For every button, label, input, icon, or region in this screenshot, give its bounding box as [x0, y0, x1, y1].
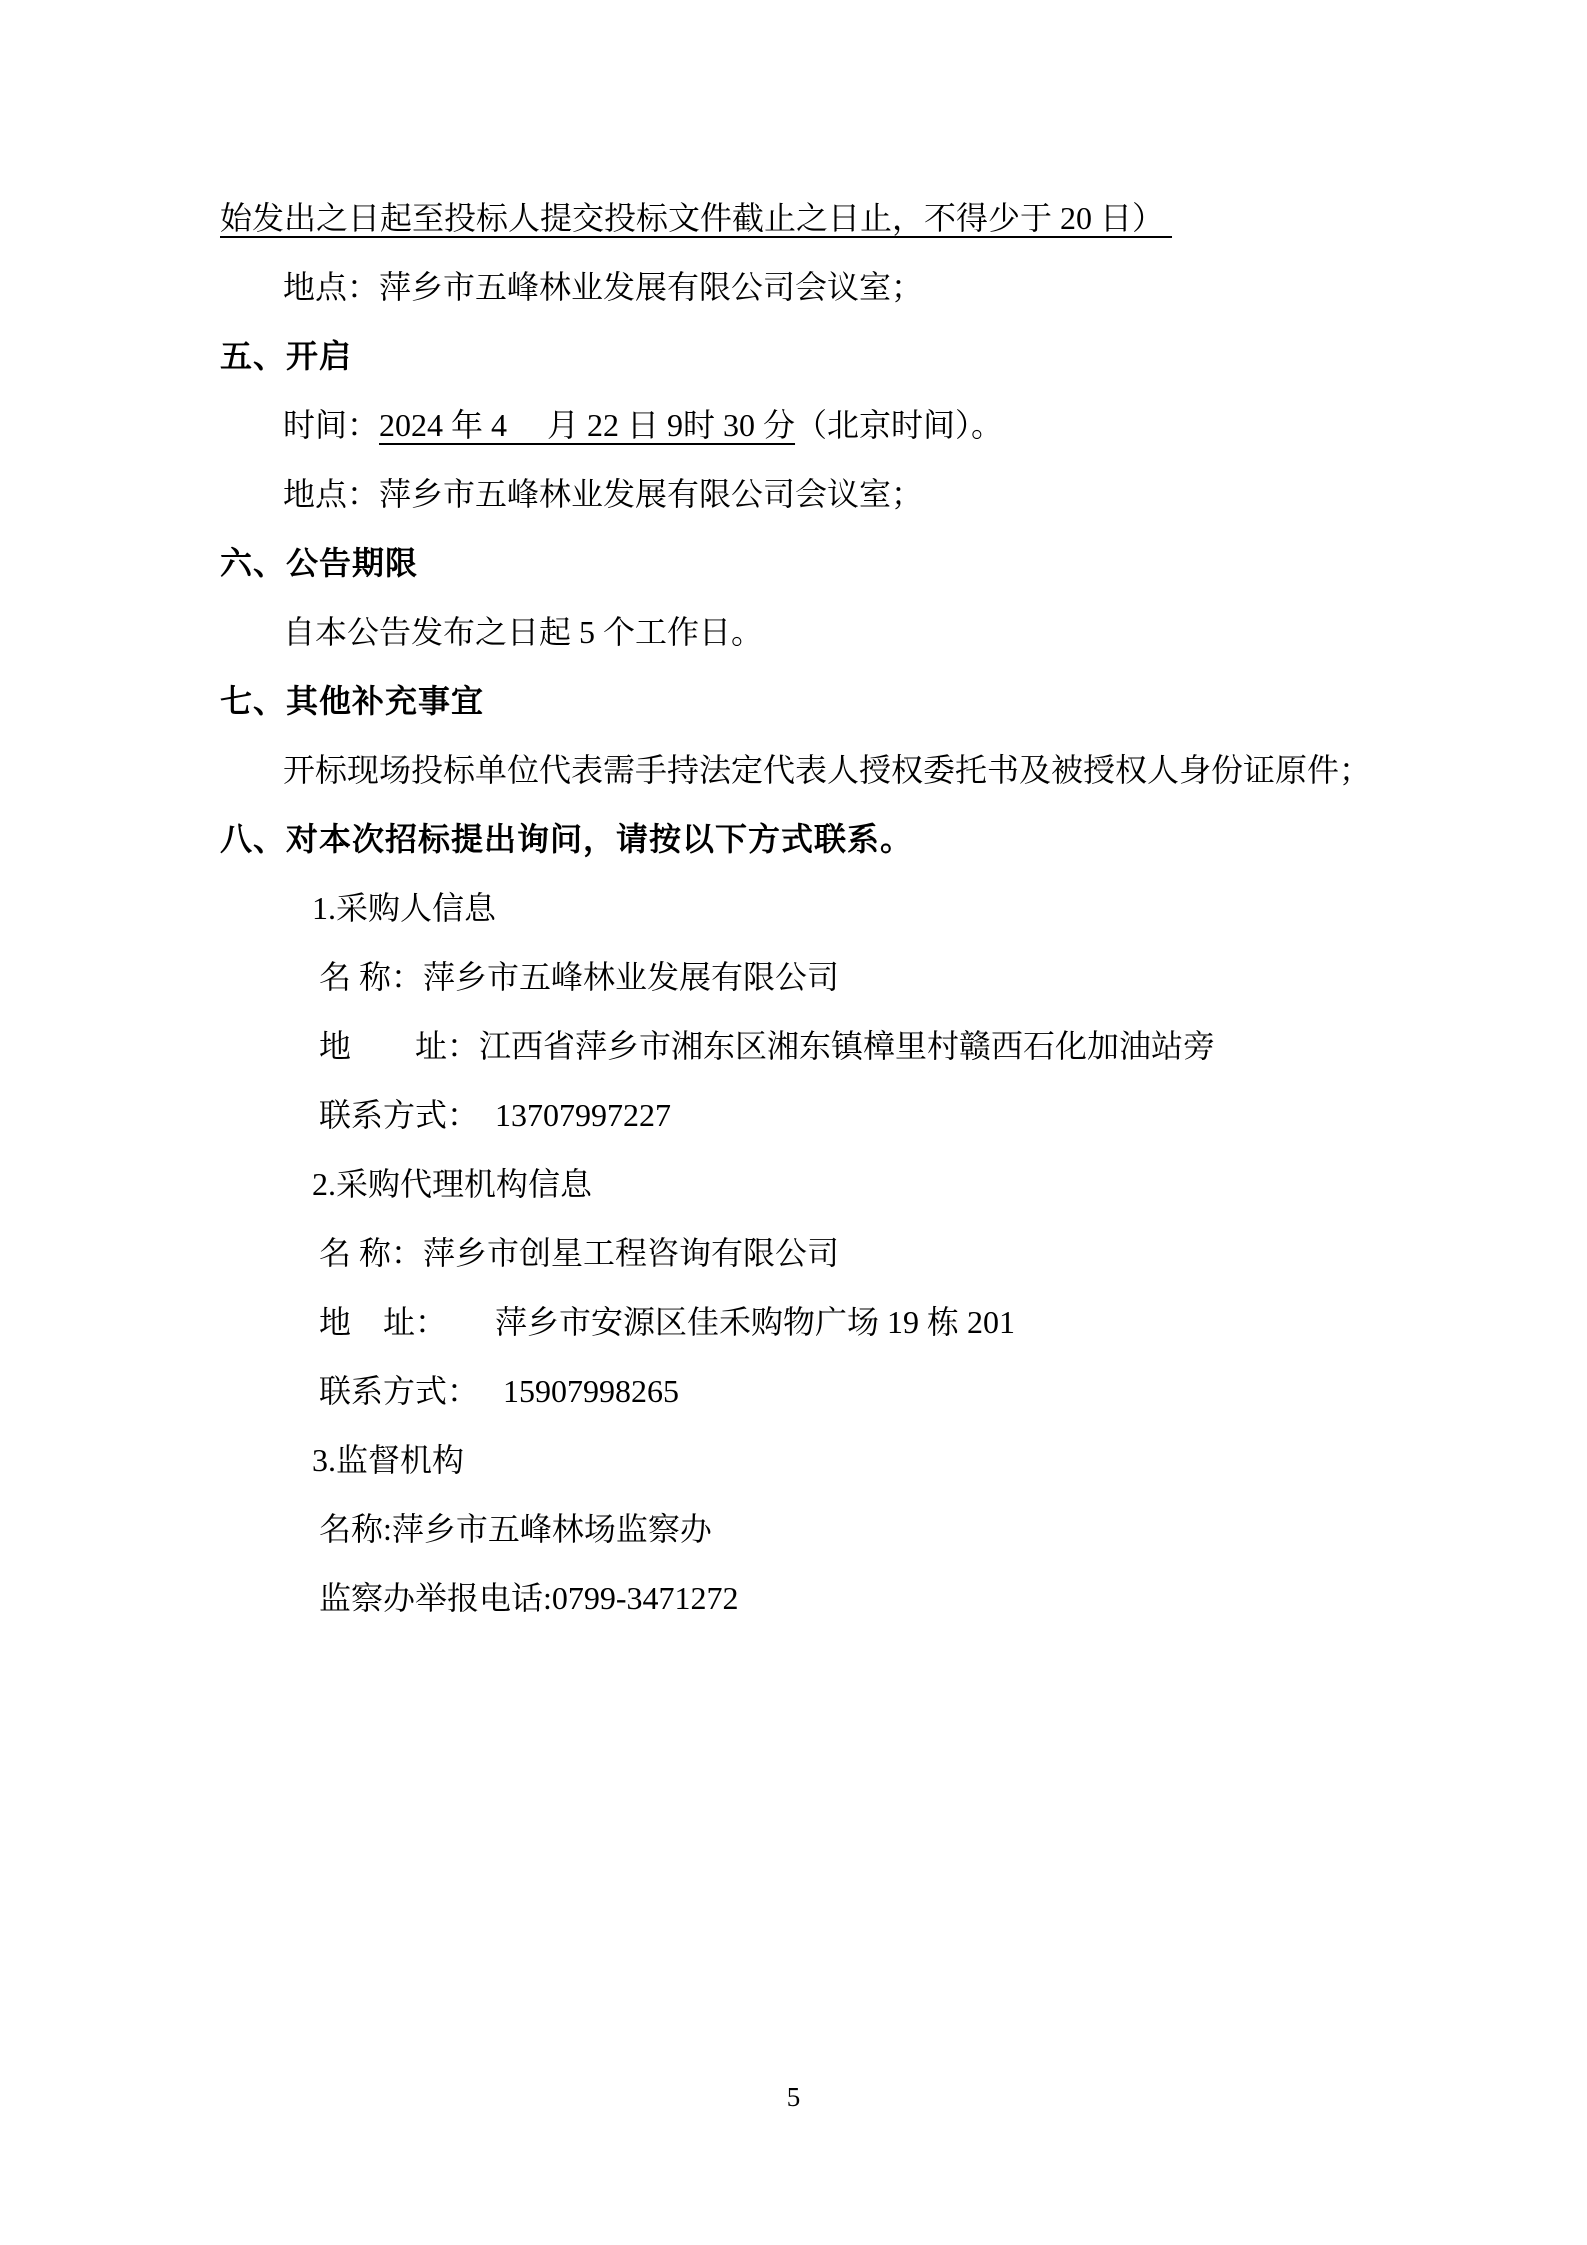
continuation-line: 始发出之日起至投标人提交投标文件截止之日止，不得少于 20 日） — [220, 184, 1430, 253]
agency-name-line: 名 称：萍乡市创星工程咨询有限公司 — [220, 1219, 1430, 1288]
open-time-suffix: （北京时间）。 — [795, 407, 1003, 443]
section-8-heading: 八、对本次招标提出询问，请按以下方式联系。 — [220, 805, 1430, 874]
open-time-label: 时间： — [283, 407, 379, 443]
announcement-period-line: 自本公告发布之日起 5 个工作日。 — [220, 598, 1430, 667]
submit-location-line: 地点：萍乡市五峰林业发展有限公司会议室； — [220, 253, 1430, 322]
document-page: 始发出之日起至投标人提交投标文件截止之日止，不得少于 20 日） 地点：萍乡市五… — [0, 0, 1587, 2245]
supervisor-heading: 3.监督机构 — [220, 1426, 1430, 1495]
page-number: 5 — [0, 2080, 1587, 2114]
section-5-heading: 五、开启 — [220, 322, 1430, 391]
section-7-heading: 七、其他补充事宜 — [220, 667, 1430, 736]
open-time-value: 2024 年 4 月 22 日 9时 30 分 — [379, 407, 795, 443]
purchaser-heading: 1.采购人信息 — [220, 874, 1430, 943]
supervisor-name-line: 名称:萍乡市五峰林场监察办 — [220, 1495, 1430, 1564]
supplement-line: 开标现场投标单位代表需手持法定代表人授权委托书及被授权人身份证原件； — [220, 736, 1430, 805]
agency-heading: 2.采购代理机构信息 — [220, 1150, 1430, 1219]
supervisor-phone-line: 监察办举报电话:0799-3471272 — [220, 1564, 1430, 1633]
open-location-line: 地点：萍乡市五峰林业发展有限公司会议室； — [220, 460, 1430, 529]
agency-contact-line: 联系方式： 15907998265 — [220, 1357, 1430, 1426]
open-time-line: 时间：2024 年 4 月 22 日 9时 30 分（北京时间）。 — [220, 391, 1430, 460]
purchaser-contact-line: 联系方式： 13707997227 — [220, 1081, 1430, 1150]
document-body: 始发出之日起至投标人提交投标文件截止之日止，不得少于 20 日） 地点：萍乡市五… — [220, 184, 1430, 1633]
agency-address-line: 地 址： 萍乡市安源区佳禾购物广场 19 栋 201 — [220, 1288, 1430, 1357]
section-6-heading: 六、公告期限 — [220, 529, 1430, 598]
purchaser-address-line: 地 址：江西省萍乡市湘东区湘东镇樟里村赣西石化加油站旁 — [220, 1012, 1430, 1081]
purchaser-name-line: 名 称：萍乡市五峰林业发展有限公司 — [220, 943, 1430, 1012]
